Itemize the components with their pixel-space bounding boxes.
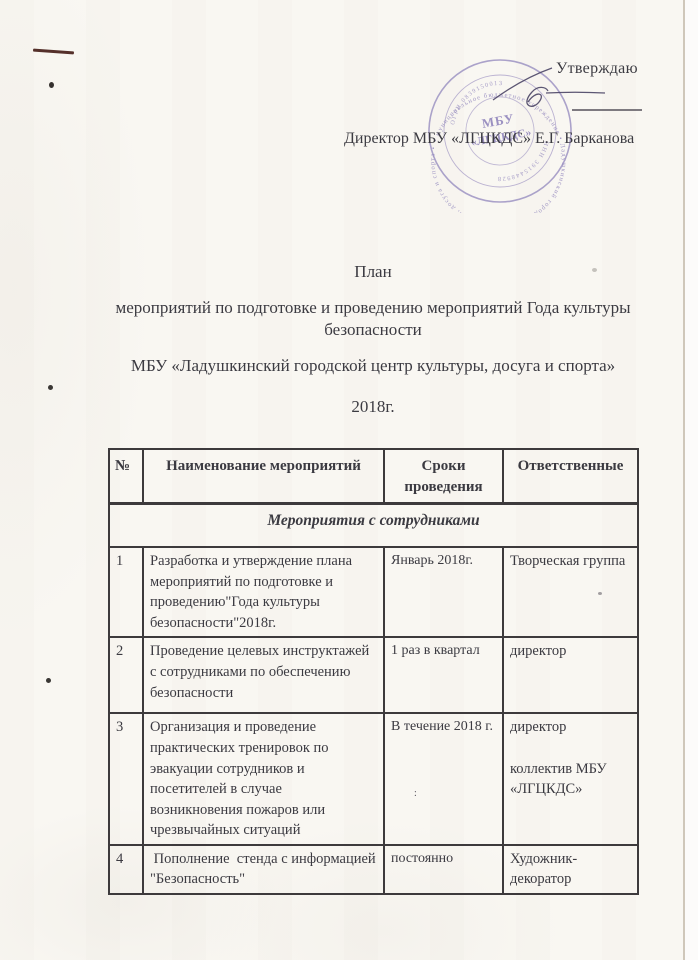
row-responsible: директор коллектив МБУ «ЛГЦКДС» — [503, 713, 638, 844]
table-header-row: № Наименование мероприятий Сроки проведе… — [109, 449, 638, 503]
row-event-name: Проведение целевых инструктажей с сотруд… — [143, 637, 384, 713]
row-event-name: Разработка и утверждение плана мероприят… — [143, 547, 384, 637]
scan-artifact-dot — [48, 385, 53, 390]
scan-artifact-dot — [46, 678, 51, 683]
signature-tail — [546, 92, 605, 93]
row-responsible: Творческая группа — [503, 547, 638, 637]
section-title: Мероприятия с сотрудниками — [109, 503, 638, 547]
table-row: 2 Проведение целевых инструктажей с сотр… — [109, 637, 638, 713]
row-event-name: Пополнение стенда с информацией "Безопас… — [143, 845, 384, 894]
signature-diagonal-stroke — [493, 68, 552, 100]
row-number: 4 — [109, 845, 143, 894]
signature-loop — [527, 87, 548, 106]
row-responsible: Художник- декоратор — [503, 845, 638, 894]
table-row: 3 Организация и проведение практических … — [109, 713, 638, 844]
row-number: 2 — [109, 637, 143, 713]
document-title-block: План мероприятий по подготовке и проведе… — [92, 262, 654, 417]
scan-artifact-pen-stroke — [33, 49, 74, 55]
header-number: № — [109, 449, 143, 503]
row-term: В течение 2018 г. — [384, 713, 503, 844]
title-subtitle: мероприятий по подготовке и проведению м… — [92, 297, 654, 341]
row-number: 3 — [109, 713, 143, 844]
header-responsible: Ответственные — [503, 449, 638, 503]
title-year: 2018г. — [92, 397, 654, 417]
row-term: постоянно — [384, 845, 503, 894]
section-row: Мероприятия с сотрудниками — [109, 503, 638, 547]
title-plan: План — [92, 262, 654, 282]
row-event-name: Организация и проведение практических тр… — [143, 713, 384, 844]
scan-artifact-dot — [49, 82, 54, 88]
row-term: 1 раз в квартал — [384, 637, 503, 713]
row-number: 1 — [109, 547, 143, 637]
header-event-name: Наименование мероприятий — [143, 449, 384, 503]
title-organization: МБУ «Ладушкинский городской центр культу… — [92, 356, 654, 376]
row-responsible: директор — [503, 637, 638, 713]
header-term: Сроки проведения — [384, 449, 503, 503]
events-plan-table: № Наименование мероприятий Сроки проведе… — [108, 448, 639, 895]
table-row: 4 Пополнение стенда с информацией "Безоп… — [109, 845, 638, 894]
row-term: Январь 2018г. — [384, 547, 503, 637]
director-title-line: Директор МБУ «ЛГЦКДС» Е.Г. Барканова — [344, 130, 644, 148]
table-row: 1 Разработка и утверждение плана меропри… — [109, 547, 638, 637]
